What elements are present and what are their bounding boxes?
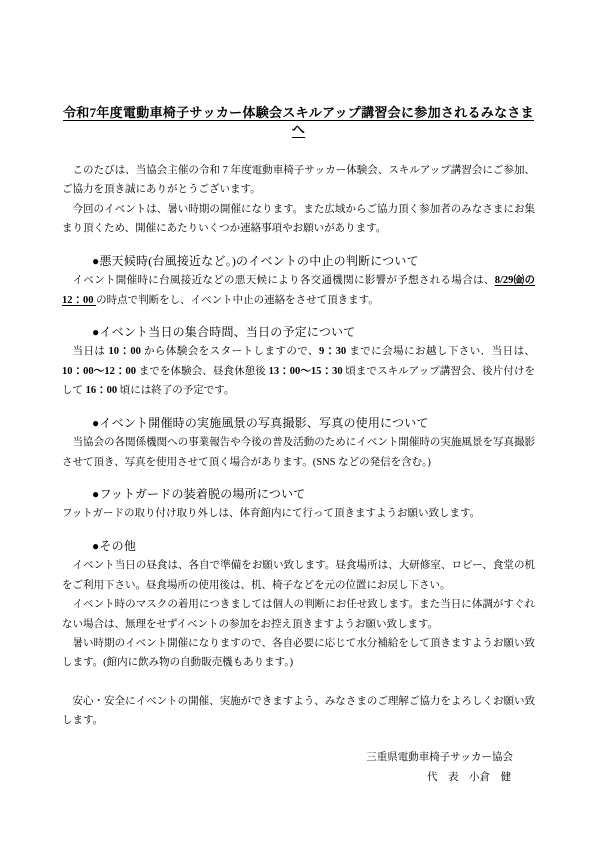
- text-run: 16：00: [86, 385, 118, 396]
- section: ●イベント当日の集合時間、当日の予定について当日は 10：00 から体験会をスタ…: [62, 323, 535, 401]
- section: ●その他イベント当日の昼食は、各自で準備をお願い致します。昼食場所は、大研修室、…: [62, 537, 535, 673]
- text-run: 10：00～12：00: [62, 366, 136, 377]
- signature-representative: 代 表 小倉 健: [62, 768, 513, 788]
- section-heading: ●フットガードの装着脱の場所について: [62, 485, 535, 505]
- text-run: 10：00: [108, 346, 140, 357]
- text-run: イベント当日の昼食は、各自で準備をお願い致します。昼食場所は、大研修室、ロビー、…: [62, 560, 535, 590]
- section-heading: ●その他: [62, 537, 535, 557]
- sections-container: ●悪天候時(台風接近など。)のイベントの中止の判断についてイベント開催時に台風接…: [62, 252, 535, 673]
- signature-organization: 三重県電動車椅子サッカー協会: [62, 748, 513, 768]
- body-paragraph: イベント時のマスクの着用につきましては個人の判断にお任せ致します。また当日に体調…: [62, 595, 535, 634]
- section-heading-text: その他: [99, 539, 136, 553]
- section-heading-text: 悪天候時(台風接近など。)のイベントの中止の判断について: [99, 254, 418, 268]
- text-run: フットガードの取り付け取り外しは、体育館内にて行って頂きますようお願い致します。: [62, 508, 480, 519]
- body-paragraph: イベント開催時に台風接近などの悪天候により各交通機関に影響が予想される場合は、8…: [62, 271, 535, 310]
- closing-block: 安心・安全にイベントの開催、実施ができますよう、みなさまのご理解ご協力をよろしく…: [62, 692, 535, 731]
- text-run: イベント開催時に台風接近などの悪天候により各交通機関に影響が予想される場合は、: [73, 275, 495, 286]
- text-run: から体験会をスタートしますので、: [141, 346, 319, 357]
- section-heading: ●イベント開催時の実施風景の写真撮影、写真の使用について: [62, 414, 535, 434]
- text-run: 頃には終了の予定です。: [117, 385, 234, 396]
- text-run: イベント時のマスクの着用につきましては個人の判断にお任せ致します。また当日に体調…: [62, 599, 535, 629]
- section: ●イベント開催時の実施風景の写真撮影、写真の使用について当協会の各関係機関への事…: [62, 414, 535, 472]
- body-paragraph: 当協会の各関係機関への事業報告や今後の普及活動のためにイベント開催時の実施風景を…: [62, 433, 535, 472]
- text-run: 13：00～15：30: [269, 366, 343, 377]
- text-run: までに会場にお越し下さい．当日は、: [346, 346, 535, 357]
- section-heading-text: フットガードの装着脱の場所について: [99, 487, 305, 501]
- section-heading-text: イベント当日の集合時間、当日の予定について: [99, 325, 355, 339]
- text-run: 9：30: [319, 346, 346, 357]
- text-run: 暑い時期のイベント開催になりますので、各自必要に応じて水分補給をして頂きますよう…: [62, 638, 535, 668]
- signature-block: 三重県電動車椅子サッカー協会 代 表 小倉 健: [62, 748, 535, 788]
- text-run: 当日は: [73, 346, 109, 357]
- body-paragraph: イベント当日の昼食は、各自で準備をお願い致します。昼食場所は、大研修室、ロビー、…: [62, 556, 535, 595]
- section: ●フットガードの装着脱の場所についてフットガードの取り付け取り外しは、体育館内に…: [62, 485, 535, 524]
- intro-block: このたびは、当協会主催の令和 7 年度電動車椅子サッカー体験会、スキルアップ講習…: [62, 161, 535, 239]
- body-paragraph: 暑い時期のイベント開催になりますので、各自必要に応じて水分補給をして頂きますよう…: [62, 634, 535, 673]
- document-page: 令和7年度電動車椅子サッカー体験会スキルアップ講習会に参加されるみなさまへ この…: [0, 0, 595, 842]
- document-title: 令和7年度電動車椅子サッカー体験会スキルアップ講習会に参加されるみなさまへ: [62, 104, 535, 138]
- section-heading: ●悪天候時(台風接近など。)のイベントの中止の判断について: [62, 252, 535, 272]
- text-run: までを体験会、昼食休憩後: [136, 366, 269, 377]
- section-heading: ●イベント当日の集合時間、当日の予定について: [62, 323, 535, 343]
- body-paragraph: 当日は 10：00 から体験会をスタートしますので、9：30 までに会場にお越し…: [62, 342, 535, 400]
- intro-paragraph: このたびは、当協会主催の令和 7 年度電動車椅子サッカー体験会、スキルアップ講習…: [62, 161, 535, 200]
- closing-paragraph: 安心・安全にイベントの開催、実施ができますよう、みなさまのご理解ご協力をよろしく…: [62, 692, 535, 731]
- text-run: 当協会の各関係機関への事業報告や今後の普及活動のためにイベント開催時の実施風景を…: [62, 437, 535, 467]
- section-heading-text: イベント開催時の実施風景の写真撮影、写真の使用について: [99, 416, 428, 430]
- section: ●悪天候時(台風接近など。)のイベントの中止の判断についてイベント開催時に台風接…: [62, 252, 535, 310]
- body-paragraph: フットガードの取り付け取り外しは、体育館内にて行って頂きますようお願い致します。: [62, 504, 535, 523]
- text-run: の時点で判断をし、イベント中止の連絡をさせて頂きます。: [96, 295, 379, 306]
- intro-paragraph: 今回のイベントは、暑い時期の開催になります。また広域からご協力頂く参加者のみなさ…: [62, 200, 535, 239]
